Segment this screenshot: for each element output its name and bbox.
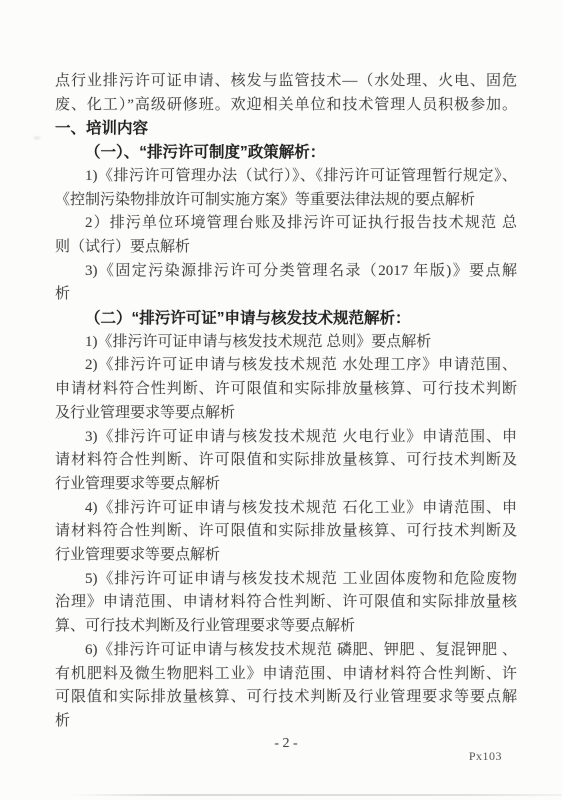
text-line: 3)《排污许可证申请与核发技术规范 火电行业》申请范围、申 <box>55 426 517 450</box>
text-line: 《控制污染物排放许可制实施方案》等重要法律法规的要点解析 <box>55 189 517 213</box>
text-line: 1)《排污许可证申请与核发技术规范 总则》要点解析 <box>55 331 517 355</box>
text-line: 则（试行）要点解析 <box>55 236 517 260</box>
text-line: 6)《排污许可证申请与核发技术规范 磷肥、钾肥 、复混钾肥 、 <box>55 639 517 663</box>
text-line: 析 <box>55 710 517 734</box>
page-number: - 2 - <box>55 736 517 752</box>
text-line: 请材料符合性判断、许可限值和实际排放量核算、可行技术判断及 <box>55 449 517 473</box>
text-line: 可限值和实际排放量核算、可行技术判断及行业管理要求等要点解 <box>55 686 517 710</box>
text-line: 算、可行技术判断及行业管理要求等要点解析 <box>55 615 517 639</box>
text-line: 2)《排污许可证申请与核发技术规范 水处理工序》申请范围、 <box>55 354 517 378</box>
heading-line: （二）“排污许可证”申请与核发技术规范解析： <box>55 307 517 331</box>
text-line: 3)《固定污染源排污许可分类管理名录（2017 年版)》要点解 <box>55 260 517 284</box>
text-line: 及行业管理要求等要点解析 <box>55 402 517 426</box>
heading-line: （一）、“排污许可制度”政策解析： <box>55 141 517 165</box>
text-line: 请材料符合性判断、许可限值和实际排放量核算、可行技术判断及 <box>55 520 517 544</box>
text-line: 点行业排污许可证申请、核发与监管技术—（水处理、火电、固危 <box>55 70 517 94</box>
text-line: 申请材料符合性判断、许可限值和实际排放量核算、可行技术判断 <box>55 378 517 402</box>
heading-line: 一、培训内容 <box>55 117 517 141</box>
text-line: 有机肥料及微生物肥料工业》申请范围、申请材料符合性判断、许 <box>55 663 517 687</box>
text-line: 废、化工）”高级研修班。欢迎相关单位和技术管理人员积极参加。 <box>55 94 517 118</box>
document-body: 点行业排污许可证申请、核发与监管技术—（水处理、火电、固危废、化工）”高级研修班… <box>55 70 517 734</box>
text-line: 1)《排污许可管理办法（试行）》、《排污许可证管理暂行规定》、 <box>55 165 517 189</box>
doc-code: Px103 <box>469 749 502 764</box>
text-line: 4)《排污许可证申请与核发技术规范 石化工业》申请范围、申 <box>55 497 517 521</box>
scan-edge-line <box>70 794 562 796</box>
document-page: 点行业排污许可证申请、核发与监管技术—（水处理、火电、固危废、化工）”高级研修班… <box>0 0 562 800</box>
text-line: 行业管理要求等要点解析 <box>55 544 517 568</box>
text-line: 2）排污单位环境管理台账及排污许可证执行报告技术规范 总 <box>55 212 517 236</box>
text-line: 析 <box>55 283 517 307</box>
text-line: 5)《排污许可证申请与核发技术规范 工业固体废物和危险废物 <box>55 568 517 592</box>
scan-smudge <box>32 135 42 141</box>
text-line: 治理》申请范围、申请材料符合性判断、许可限值和实际排放量核 <box>55 591 517 615</box>
text-line: 行业管理要求等要点解析 <box>55 473 517 497</box>
